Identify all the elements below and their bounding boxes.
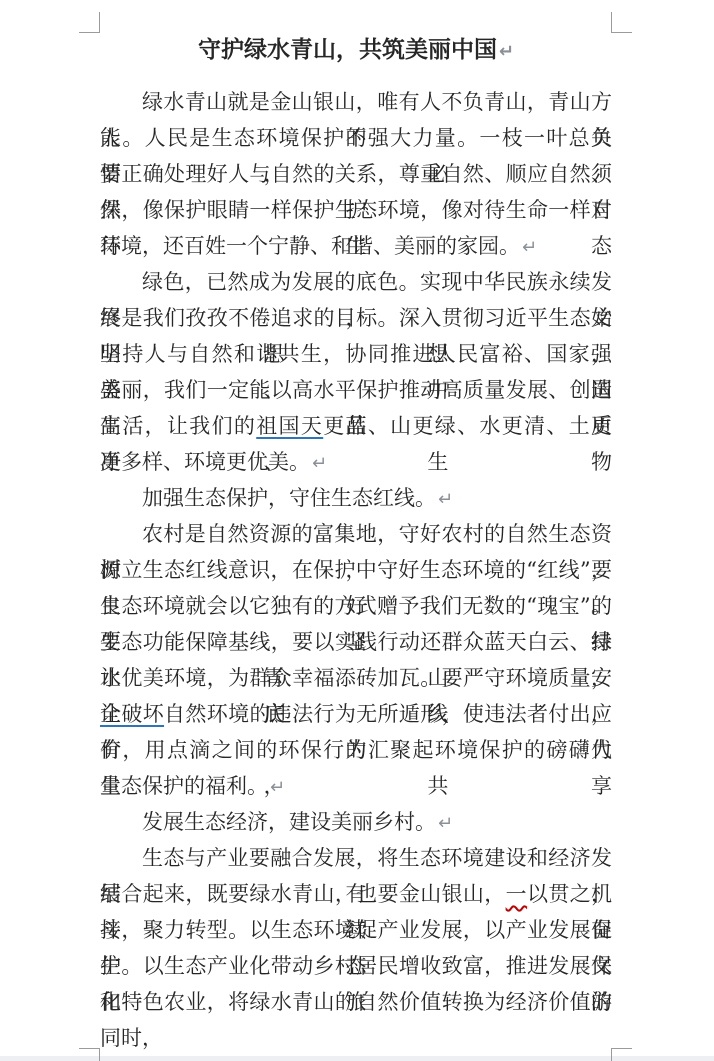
text-line[interactable]: 让优美环境，为群众幸福添砖加瓦。要严守环境质量安全底线， — [100, 660, 612, 696]
text-line[interactable]: 发展生态经济，建设美丽乡村。↵ — [100, 804, 612, 840]
grammar-underline-text: 祖国天 — [256, 414, 323, 438]
text-line[interactable]: 美丽，我们一定能以高水平保护推动高质量发展、创造高品质 — [100, 372, 612, 408]
text-line[interactable]: 斗，聚力转型。以生态环境促产业发展，以产业发展促生态保 — [100, 912, 612, 948]
paragraph-mark: ↵ — [436, 489, 453, 510]
document-title-text: 守护绿水青山，共筑美丽中国 — [198, 36, 497, 63]
text-line[interactable]: 加强生态保护，守住生态红线。↵ — [100, 480, 612, 516]
document-body[interactable]: 绿水青山就是金山银山，唯有人不负青山，青山方能不负人。人民是生态环境保护的强大力… — [100, 84, 612, 1020]
text-line[interactable]: 人。人民是生态环境保护的强大力量。一枝一叶总关情，必须 — [100, 120, 612, 156]
text-line[interactable]: 和特色农业，将绿水青山的自然价值转换为经济价值的同时， — [100, 984, 612, 1020]
text-boundary-mark-bottom-right — [611, 1048, 612, 1061]
text-line[interactable]: 生态与产业要融合发展，将生态环境建设和经济发展有机 — [100, 840, 612, 876]
paragraph-mark: ↵ — [436, 813, 453, 834]
text-segment: 更多样、环境更优美。 — [100, 450, 310, 474]
text-segment: 环境，还百姓一个宁静、和谐、美丽的家园。 — [100, 234, 520, 258]
text-segment: 和特色农业，将绿水青山的自然价值转换为经济价值的同时， — [100, 990, 612, 1050]
document-page[interactable]: 守护绿水青山，共筑美丽中国↵ 绿水青山就是金山银山，唯有人不负青山，青山方能不负… — [0, 0, 714, 1061]
text-boundary-mark-bottom-left — [79, 1048, 100, 1049]
grammar-underline-text: 让破坏 — [100, 702, 164, 726]
text-line[interactable]: 环境，还百姓一个宁静、和谐、美丽的家园。↵ — [100, 228, 612, 264]
text-segment: 发展生态经济，建设美丽乡村。 — [142, 810, 436, 834]
document-title[interactable]: 守护绿水青山，共筑美丽中国↵ — [100, 30, 612, 72]
text-segment: 生态保护的福利。 — [100, 774, 268, 798]
text-line[interactable]: 生态功能保障基线，要以实践行动还群众蓝天白云、绿水青山， — [100, 624, 612, 660]
text-line[interactable]: 绿水青山就是金山银山，唯有人不负青山，青山方能不负 — [100, 84, 612, 120]
text-boundary-mark-bottom-right — [611, 1048, 632, 1049]
text-line[interactable]: 结合起来，既要绿水青山，也要金山银山，一以贯之，接续奋 — [100, 876, 612, 912]
page-edge-strip — [0, 1056, 714, 1061]
text-line[interactable]: 绿色，已然成为发展的底色。实现中华民族永续发展，始 — [100, 264, 612, 300]
text-line[interactable]: 坚持人与自然和谐共生，协同推进人民富裕、国家强盛、中国 — [100, 336, 612, 372]
text-boundary-mark-bottom-left — [99, 1048, 100, 1061]
text-line[interactable]: 护。以生态产业化带动乡村居民增收致富，推进发展文化旅游 — [100, 948, 612, 984]
text-line[interactable]: 终是我们孜孜不倦追求的目标。深入贯彻习近平生态文明思想， — [100, 300, 612, 336]
spellcheck-underline-text: 一 — [506, 882, 527, 906]
text-line[interactable]: 价，用点滴之间的环保行为汇聚起环境保护的磅礴力量，共享 — [100, 732, 612, 768]
text-segment: 加强生态保护，守住生态红线。 — [142, 486, 436, 510]
text-boundary-mark-top-left — [79, 32, 100, 33]
text-line[interactable]: 然，像保护眼睛一样保护生态环境，像对待生命一样对待生态 — [100, 192, 612, 228]
text-line[interactable]: 让破坏自然环境的违法行为无所遁形，使违法者付出应有的代 — [100, 696, 612, 732]
paragraph-mark: ↵ — [520, 237, 537, 258]
text-line[interactable]: 生态环境就会以它独有的方式赠予我们无数的“瑰宝”。要坚持 — [100, 588, 612, 624]
text-segment: 结合起来，既要绿水青山，也要金山银山， — [100, 882, 506, 906]
text-segment: 生活，让我们的 — [100, 414, 256, 438]
paragraph-mark: ↵ — [497, 41, 514, 62]
text-boundary-mark-top-right — [611, 32, 632, 33]
paragraph-mark: ↵ — [310, 453, 327, 474]
text-line[interactable]: 生活，让我们的祖国天更蓝、山更绿、水更清、土更净、生物 — [100, 408, 612, 444]
text-line[interactable]: 树立生态红线意识，在保护中守好生态环境的“红线”，良好的 — [100, 552, 612, 588]
paragraph-mark: ↵ — [268, 777, 285, 798]
text-line[interactable]: 农村是自然资源的富集地，守好农村的自然生态资源，要 — [100, 516, 612, 552]
text-line[interactable]: 要正确处理好人与自然的关系，尊重自然、顺应自然、保护自 — [100, 156, 612, 192]
